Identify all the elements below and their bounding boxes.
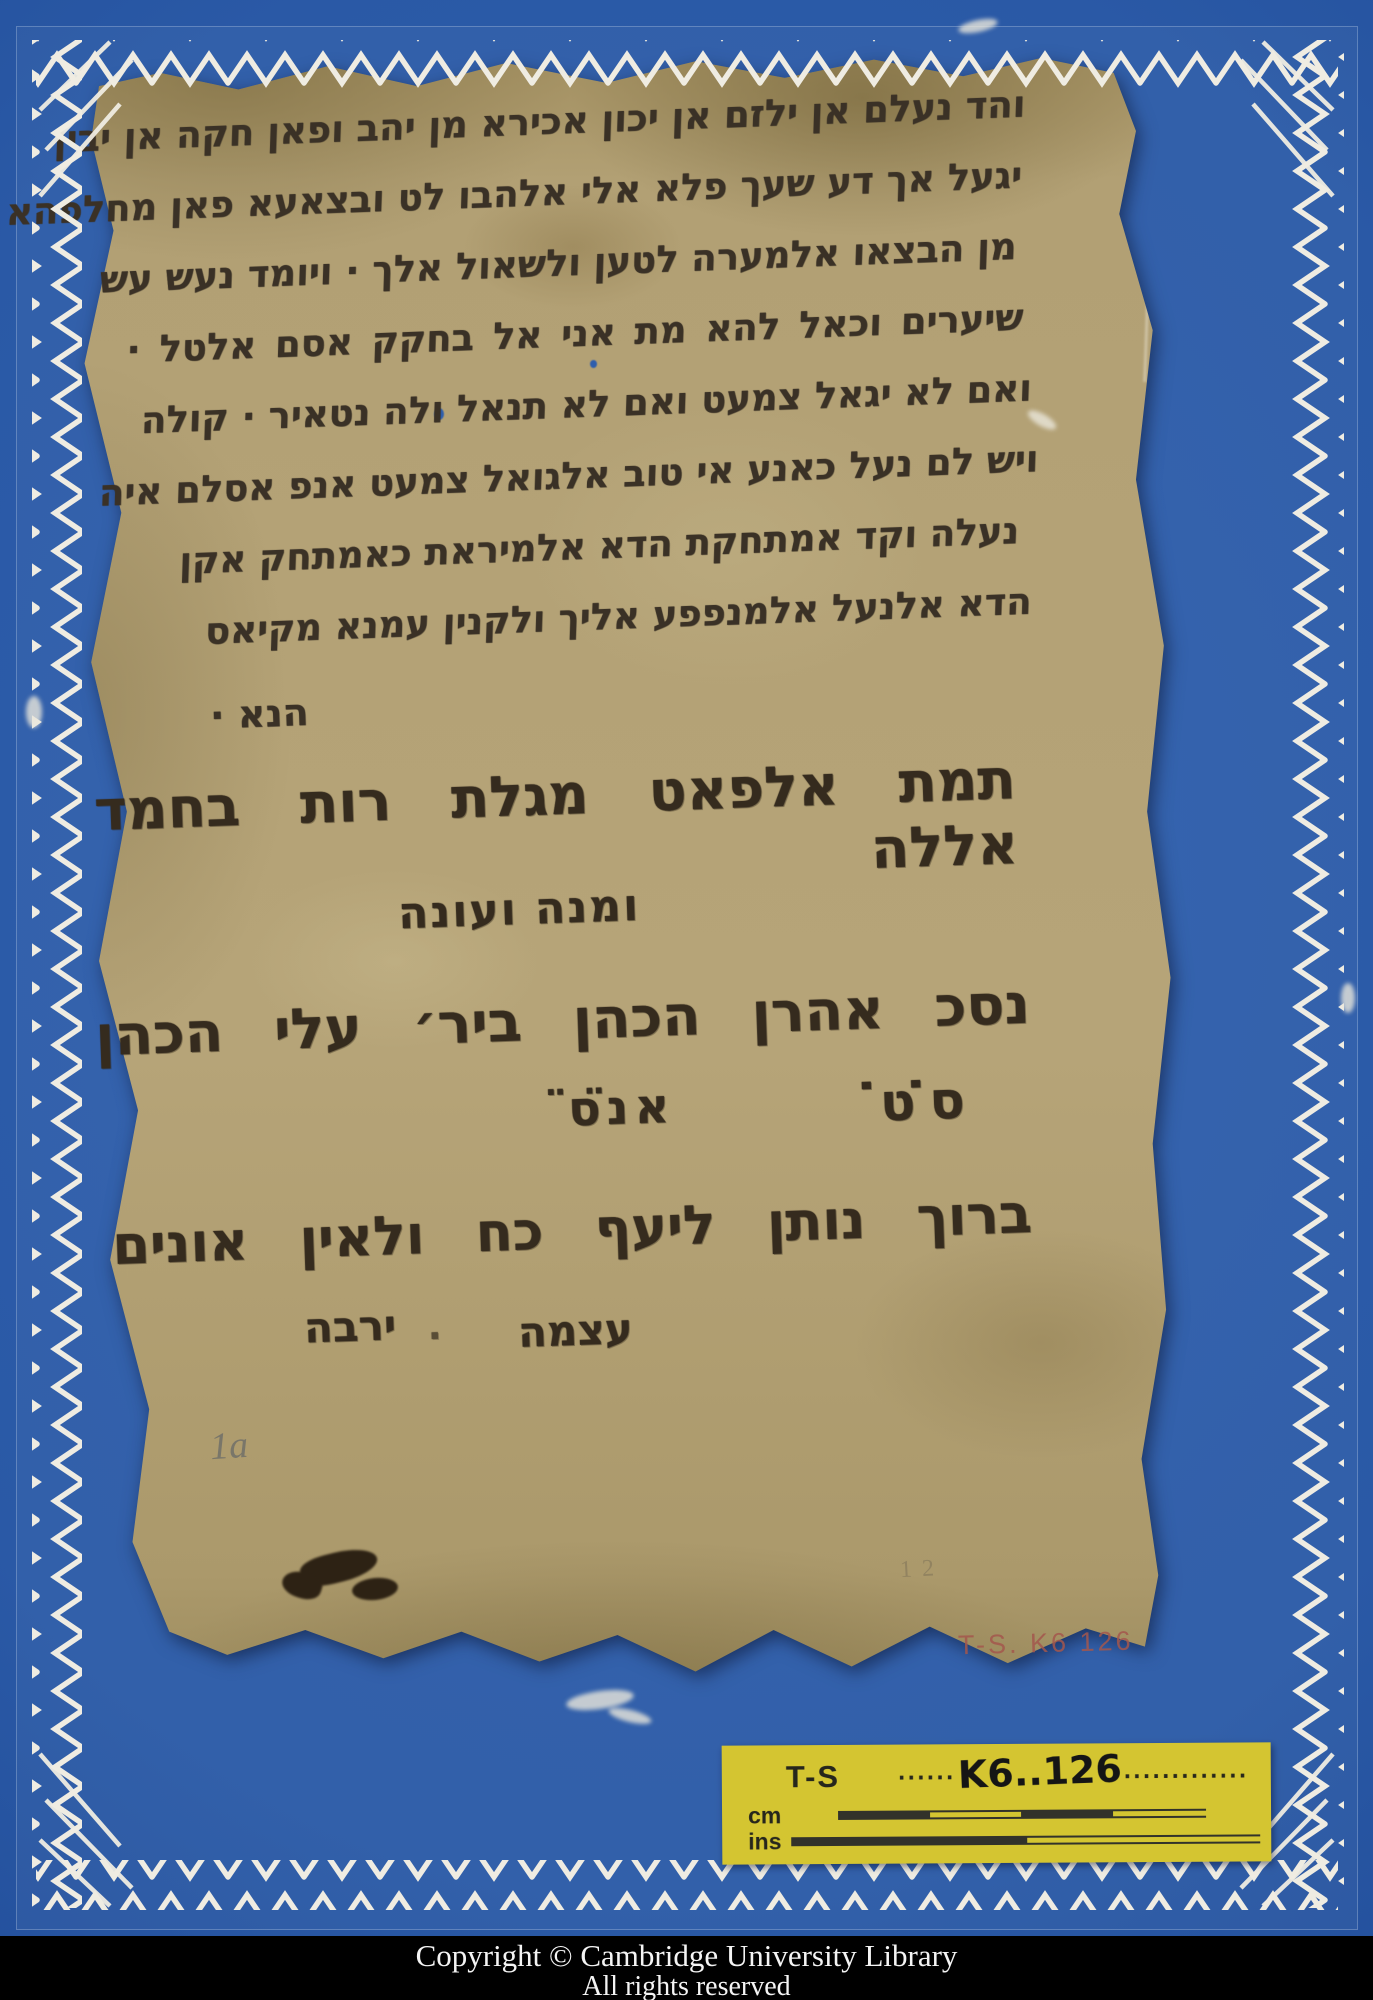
ins-scale-bar — [791, 1834, 1260, 1846]
parchment-crease — [1143, 106, 1156, 382]
cm-label: cm — [748, 1802, 781, 1829]
genizah-fragment-photo: והד נעלם אן ילזם אן יכון אכירא מן יהב ופ… — [0, 0, 1373, 2000]
classmark-handwritten: K6..126 — [957, 1746, 1123, 1797]
parchment-hole — [434, 408, 444, 420]
dots-right: ............. — [1123, 1758, 1248, 1783]
classmark-prefix: T-S — [786, 1759, 840, 1795]
classmark-dotted-line: ...... K6..126 ............. — [898, 1748, 1258, 1794]
classmark-scale-card: T-S ...... K6..126 ............. cm ins — [722, 1742, 1272, 1864]
dots-left: ...... — [898, 1760, 956, 1784]
ins-label: ins — [748, 1828, 781, 1855]
copyright-line: All rights reserved — [0, 1973, 1373, 2000]
parchment-hole — [590, 360, 597, 368]
parchment-surface — [60, 48, 1175, 1708]
parchment-fragment — [60, 48, 1175, 1708]
copyright-strip: Copyright © Cambridge University Library… — [0, 1936, 1373, 2000]
copyright-line: Copyright © Cambridge University Library — [0, 1939, 1373, 1973]
cm-scale-bar — [838, 1809, 1206, 1820]
